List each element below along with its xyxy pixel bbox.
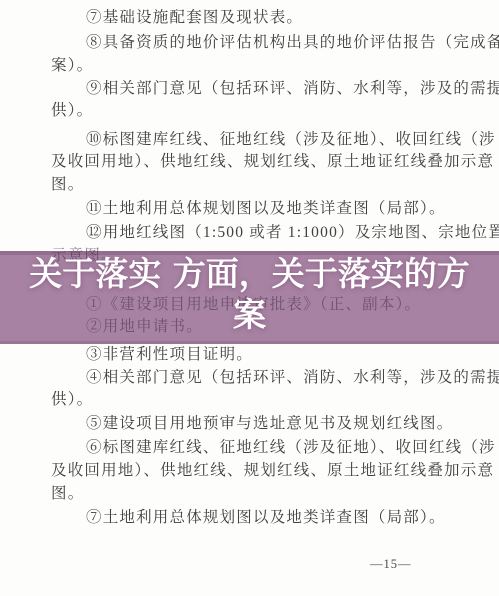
doc-line: ⑫用地红线图（1:500 或者 1:1000）及宗地图、宗地位置 <box>86 222 499 244</box>
doc-line: ⑤建设项目用地预审与选址意见书及规划红线图。 <box>86 413 453 435</box>
doc-line: ⑩标图建库红线、征地红线（涉及征地）、收回红线（涉 <box>86 129 496 151</box>
doc-line: 供）。 <box>51 389 93 411</box>
doc-line: 及收回用地）、供地红线、规划红线、原土地证红线叠加示意 <box>51 460 494 482</box>
overlay-title-line1: 关于落实 方面，关于落实的方 <box>0 252 499 295</box>
doc-line: ⑧具备资质的地价评估机构出具的地价评估报告（完成备 <box>86 32 499 54</box>
overlay-title-line2: 案 <box>0 293 499 336</box>
doc-line: ⑪土地利用总体规划图以及地类详查图（局部）。 <box>86 198 446 220</box>
doc-line: ⑦基础设施配套图及现状表。 <box>86 7 303 29</box>
doc-line: 图。 <box>51 483 84 505</box>
doc-line: ⑨相关部门意见（包括环评、消防、水利等，涉及的需提 <box>86 78 499 100</box>
doc-line: ③非营利性项目证明。 <box>86 344 253 366</box>
overlay-title: 关于落实 方面，关于落实的方 案 <box>0 252 499 336</box>
doc-line: ④相关部门意见（包括环评、消防、水利等，涉及的需提 <box>86 367 499 389</box>
doc-line: 及收回用地）、供地红线、规划红线、原土地证红线叠加示意 <box>51 151 494 173</box>
document-page: ⑦基础设施配套图及现状表。 ⑧具备资质的地价评估机构出具的地价评估报告（完成备 … <box>0 0 499 596</box>
doc-line: 案）。 <box>51 55 93 77</box>
doc-line: ⑥标图建库红线、征地红线（涉及征地）、收回红线（涉 <box>86 437 496 459</box>
doc-line: ⑦土地利用总体规划图以及地类详查图（局部）。 <box>86 507 446 529</box>
doc-line: 供）。 <box>51 100 93 122</box>
page-number: —15— <box>370 557 412 572</box>
doc-line: 图。 <box>51 174 84 196</box>
